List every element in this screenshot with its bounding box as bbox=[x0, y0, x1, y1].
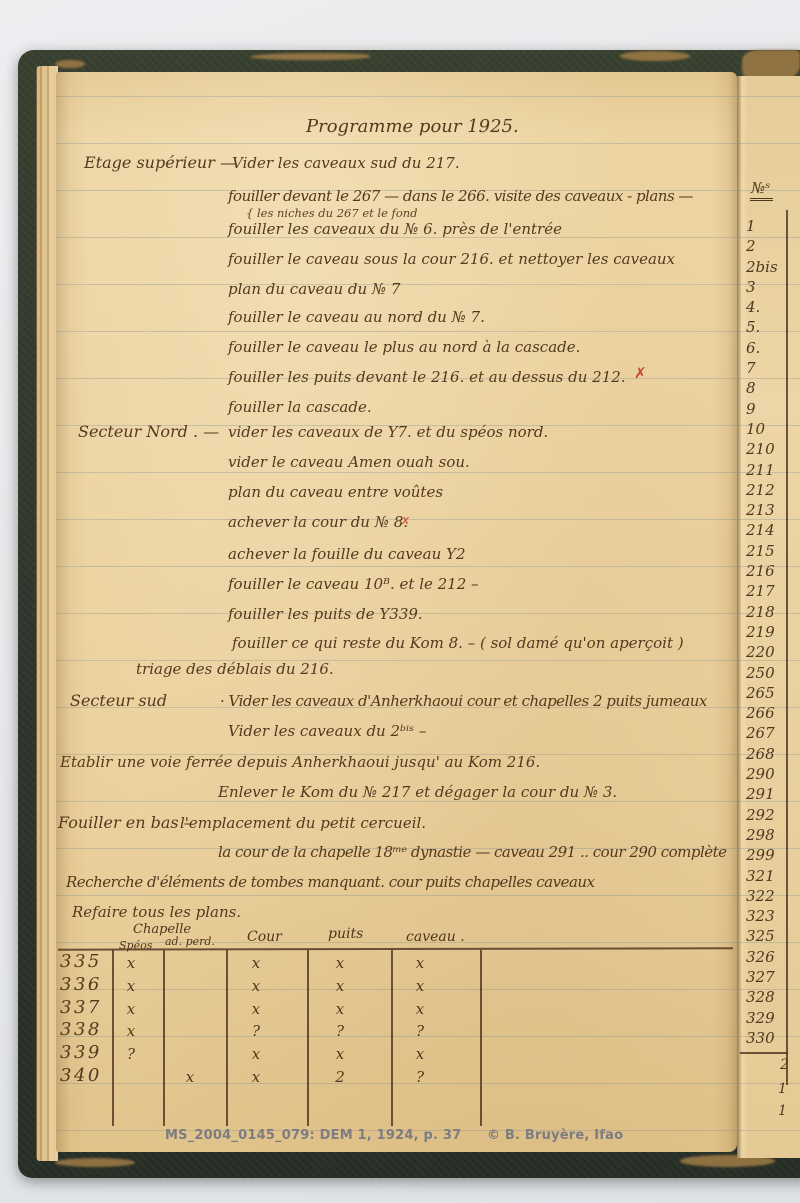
caption-shelfmark: MS_2004_0145_079: DEM 1, 1924, p. 37 bbox=[165, 1128, 461, 1143]
registry-cutoff-digit: 2 bbox=[780, 1058, 789, 1072]
registry-cutoff-digit: 1 bbox=[778, 1104, 787, 1118]
register-column-layer: №ˢ 122bis34.5.6.789102102112122132142152… bbox=[0, 0, 800, 1203]
registry-cutoff-digit: 1 bbox=[778, 1082, 787, 1096]
register-header: №ˢ bbox=[750, 181, 773, 201]
scanned-notebook-photo: Programme pour 1925.Etage supérieur —Vid… bbox=[0, 0, 800, 1203]
caption-copyright: © B. Bruyère, Ifao bbox=[487, 1128, 623, 1143]
registry-divider-line bbox=[740, 1052, 788, 1054]
registry-column-line bbox=[786, 210, 788, 1085]
